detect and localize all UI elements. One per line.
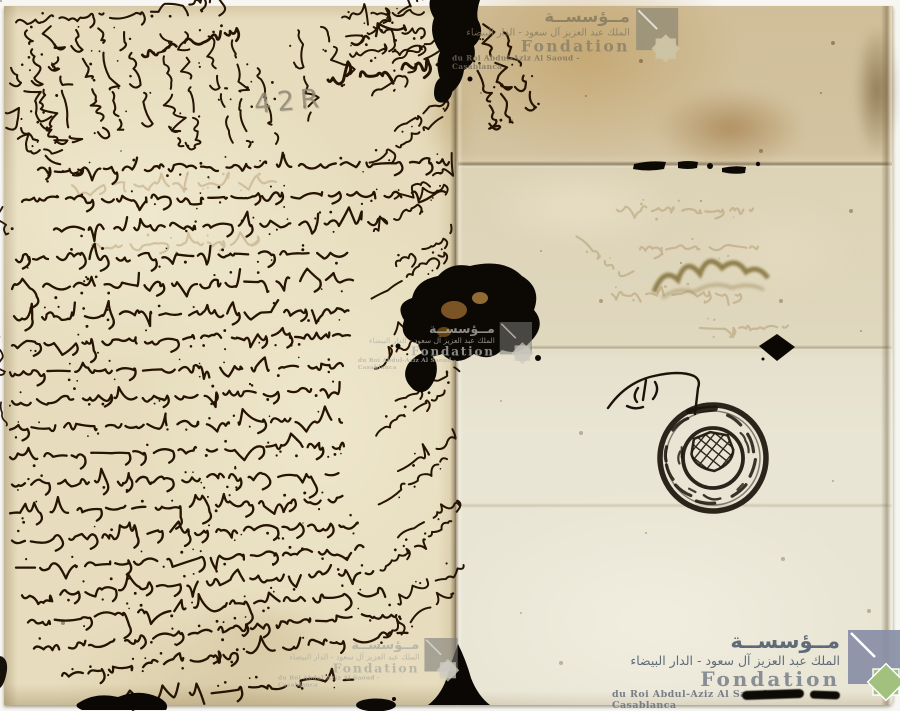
facing-page — [456, 6, 893, 705]
manuscript-page — [4, 6, 456, 705]
paper-specks — [0, 0, 2, 2]
handwritten-flourish — [604, 358, 712, 422]
folio-number: 42R — [253, 83, 327, 120]
document-scan: 42R مــؤسســة الملك عبد العزيز آل سعود -… — [0, 0, 900, 711]
